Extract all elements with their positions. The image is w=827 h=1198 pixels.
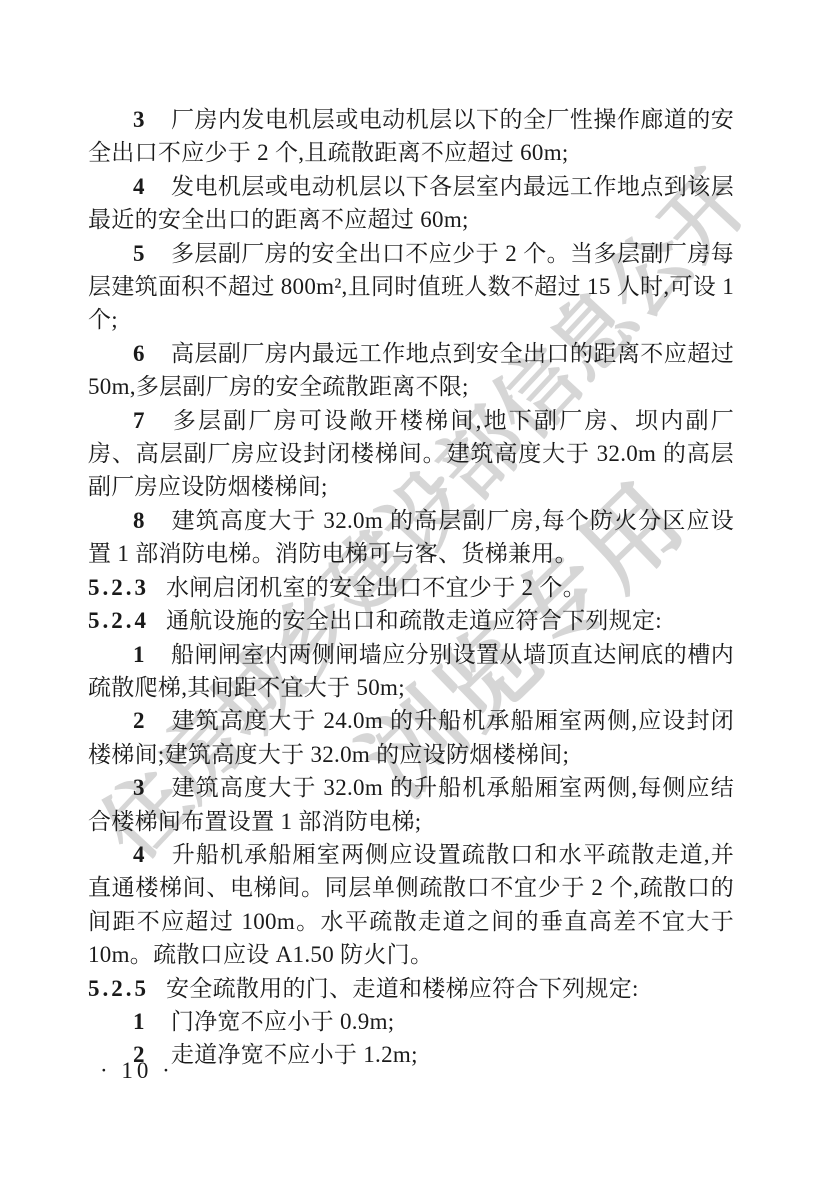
paragraph-text: 建筑高度大于 32.0m 的高层副厂房,每个防火分区应设置 1 部消防电梯。消防…: [88, 508, 734, 566]
paragraph-number: 5: [133, 241, 145, 266]
paragraph-number: 3: [133, 775, 145, 800]
paragraph-text: 高层副厂房内最远工作地点到安全出口的距离不应超过 50m,多层副厂房的安全疏散距…: [88, 341, 734, 399]
paragraph-text: 建筑高度大于 32.0m 的升船机承船厢室两侧,每侧应结合楼梯间布置设置 1 部…: [88, 775, 734, 833]
item-paragraph: 7多层副厂房可设敞开楼梯间,地下副厂房、坝内副厂房、高层副厂房应设封闭楼梯间。建…: [88, 404, 734, 504]
paragraph-number: 6: [133, 341, 145, 366]
paragraph-text: 发电机层或电动机层以下各层室内最远工作地点到该层最近的安全出口的距离不应超过 6…: [88, 174, 734, 232]
item-paragraph: 1船闸闸室内两侧闸墙应分别设置从墙顶直达闸底的槽内疏散爬梯,其间距不宜大于 50…: [88, 638, 734, 705]
paragraph-number: 4: [133, 174, 145, 199]
clause-paragraph: 5.2.4通航设施的安全出口和疏散走道应符合下列规定:: [88, 604, 734, 637]
paragraph-text: 船闸闸室内两侧闸墙应分别设置从墙顶直达闸底的槽内疏散爬梯,其间距不宜大于 50m…: [88, 642, 734, 700]
paragraph-number: 2: [133, 708, 145, 733]
item-paragraph: 3厂房内发电机层或电动机层以下的全厂性操作廊道的安全出口不应少于 2 个,且疏散…: [88, 103, 734, 170]
paragraph-text: 通航设施的安全出口和疏散走道应符合下列规定:: [166, 608, 662, 633]
paragraph-text: 门净宽不应小于 0.9m;: [171, 1009, 395, 1034]
clause-paragraph: 5.2.3水闸启闭机室的安全出口不宜少于 2 个。: [88, 571, 734, 604]
item-paragraph: 5多层副厂房的安全出口不应少于 2 个。当多层副厂房每层建筑面积不超过 800m…: [88, 237, 734, 337]
item-paragraph: 4发电机层或电动机层以下各层室内最远工作地点到该层最近的安全出口的距离不应超过 …: [88, 170, 734, 237]
paragraph-text: 厂房内发电机层或电动机层以下的全厂性操作廊道的安全出口不应少于 2 个,且疏散距…: [88, 107, 734, 165]
paragraph-text: 走道净宽不应小于 1.2m;: [171, 1042, 418, 1067]
item-paragraph: 8建筑高度大于 32.0m 的高层副厂房,每个防火分区应设置 1 部消防电梯。消…: [88, 504, 734, 571]
paragraph-text: 升船机承船厢室两侧应设置疏散口和水平疏散走道,并直通楼梯间、电梯间。同层单侧疏散…: [88, 842, 734, 967]
item-paragraph: 3建筑高度大于 32.0m 的升船机承船厢室两侧,每侧应结合楼梯间布置设置 1 …: [88, 771, 734, 838]
paragraph-number: 5.2.4: [88, 608, 149, 633]
item-paragraph: 1门净宽不应小于 0.9m;: [88, 1005, 734, 1038]
item-paragraph: 6高层副厂房内最远工作地点到安全出口的距离不应超过 50m,多层副厂房的安全疏散…: [88, 337, 734, 404]
paragraph-number: 5.2.3: [88, 575, 149, 600]
paragraph-text: 多层副厂房的安全出口不应少于 2 个。当多层副厂房每层建筑面积不超过 800m²…: [88, 241, 734, 333]
paragraph-text: 多层副厂房可设敞开楼梯间,地下副厂房、坝内副厂房、高层副厂房应设封闭楼梯间。建筑…: [88, 408, 734, 500]
paragraph-number: 1: [133, 642, 145, 667]
paragraph-text: 安全疏散用的门、走道和楼梯应符合下列规定:: [166, 976, 639, 1001]
clause-paragraph: 5.2.5安全疏散用的门、走道和楼梯应符合下列规定:: [88, 972, 734, 1005]
item-paragraph: 2走道净宽不应小于 1.2m;: [88, 1038, 734, 1071]
paragraph-text: 建筑高度大于 24.0m 的升船机承船厢室两侧,应设封闭楼梯间;建筑高度大于 3…: [88, 708, 734, 766]
item-paragraph: 4升船机承船厢室两侧应设置疏散口和水平疏散走道,并直通楼梯间、电梯间。同层单侧疏…: [88, 838, 734, 972]
document-page: 住房城乡建设部信息公开 浏览专用 3厂房内发电机层或电动机层以下的全厂性操作廊道…: [0, 0, 827, 1198]
item-paragraph: 2建筑高度大于 24.0m 的升船机承船厢室两侧,应设封闭楼梯间;建筑高度大于 …: [88, 704, 734, 771]
paragraph-number: 8: [133, 508, 145, 533]
paragraph-text: 水闸启闭机室的安全出口不宜少于 2 个。: [166, 575, 586, 600]
paragraph-number: 3: [133, 107, 145, 132]
page-number: · 10 ·: [100, 1058, 174, 1084]
paragraph-number: 4: [133, 842, 145, 867]
paragraph-number: 7: [133, 408, 145, 433]
paragraph-number: 5.2.5: [88, 976, 149, 1001]
paragraph-number: 1: [133, 1009, 145, 1034]
body-text: 3厂房内发电机层或电动机层以下的全厂性操作廊道的安全出口不应少于 2 个,且疏散…: [88, 103, 734, 1072]
